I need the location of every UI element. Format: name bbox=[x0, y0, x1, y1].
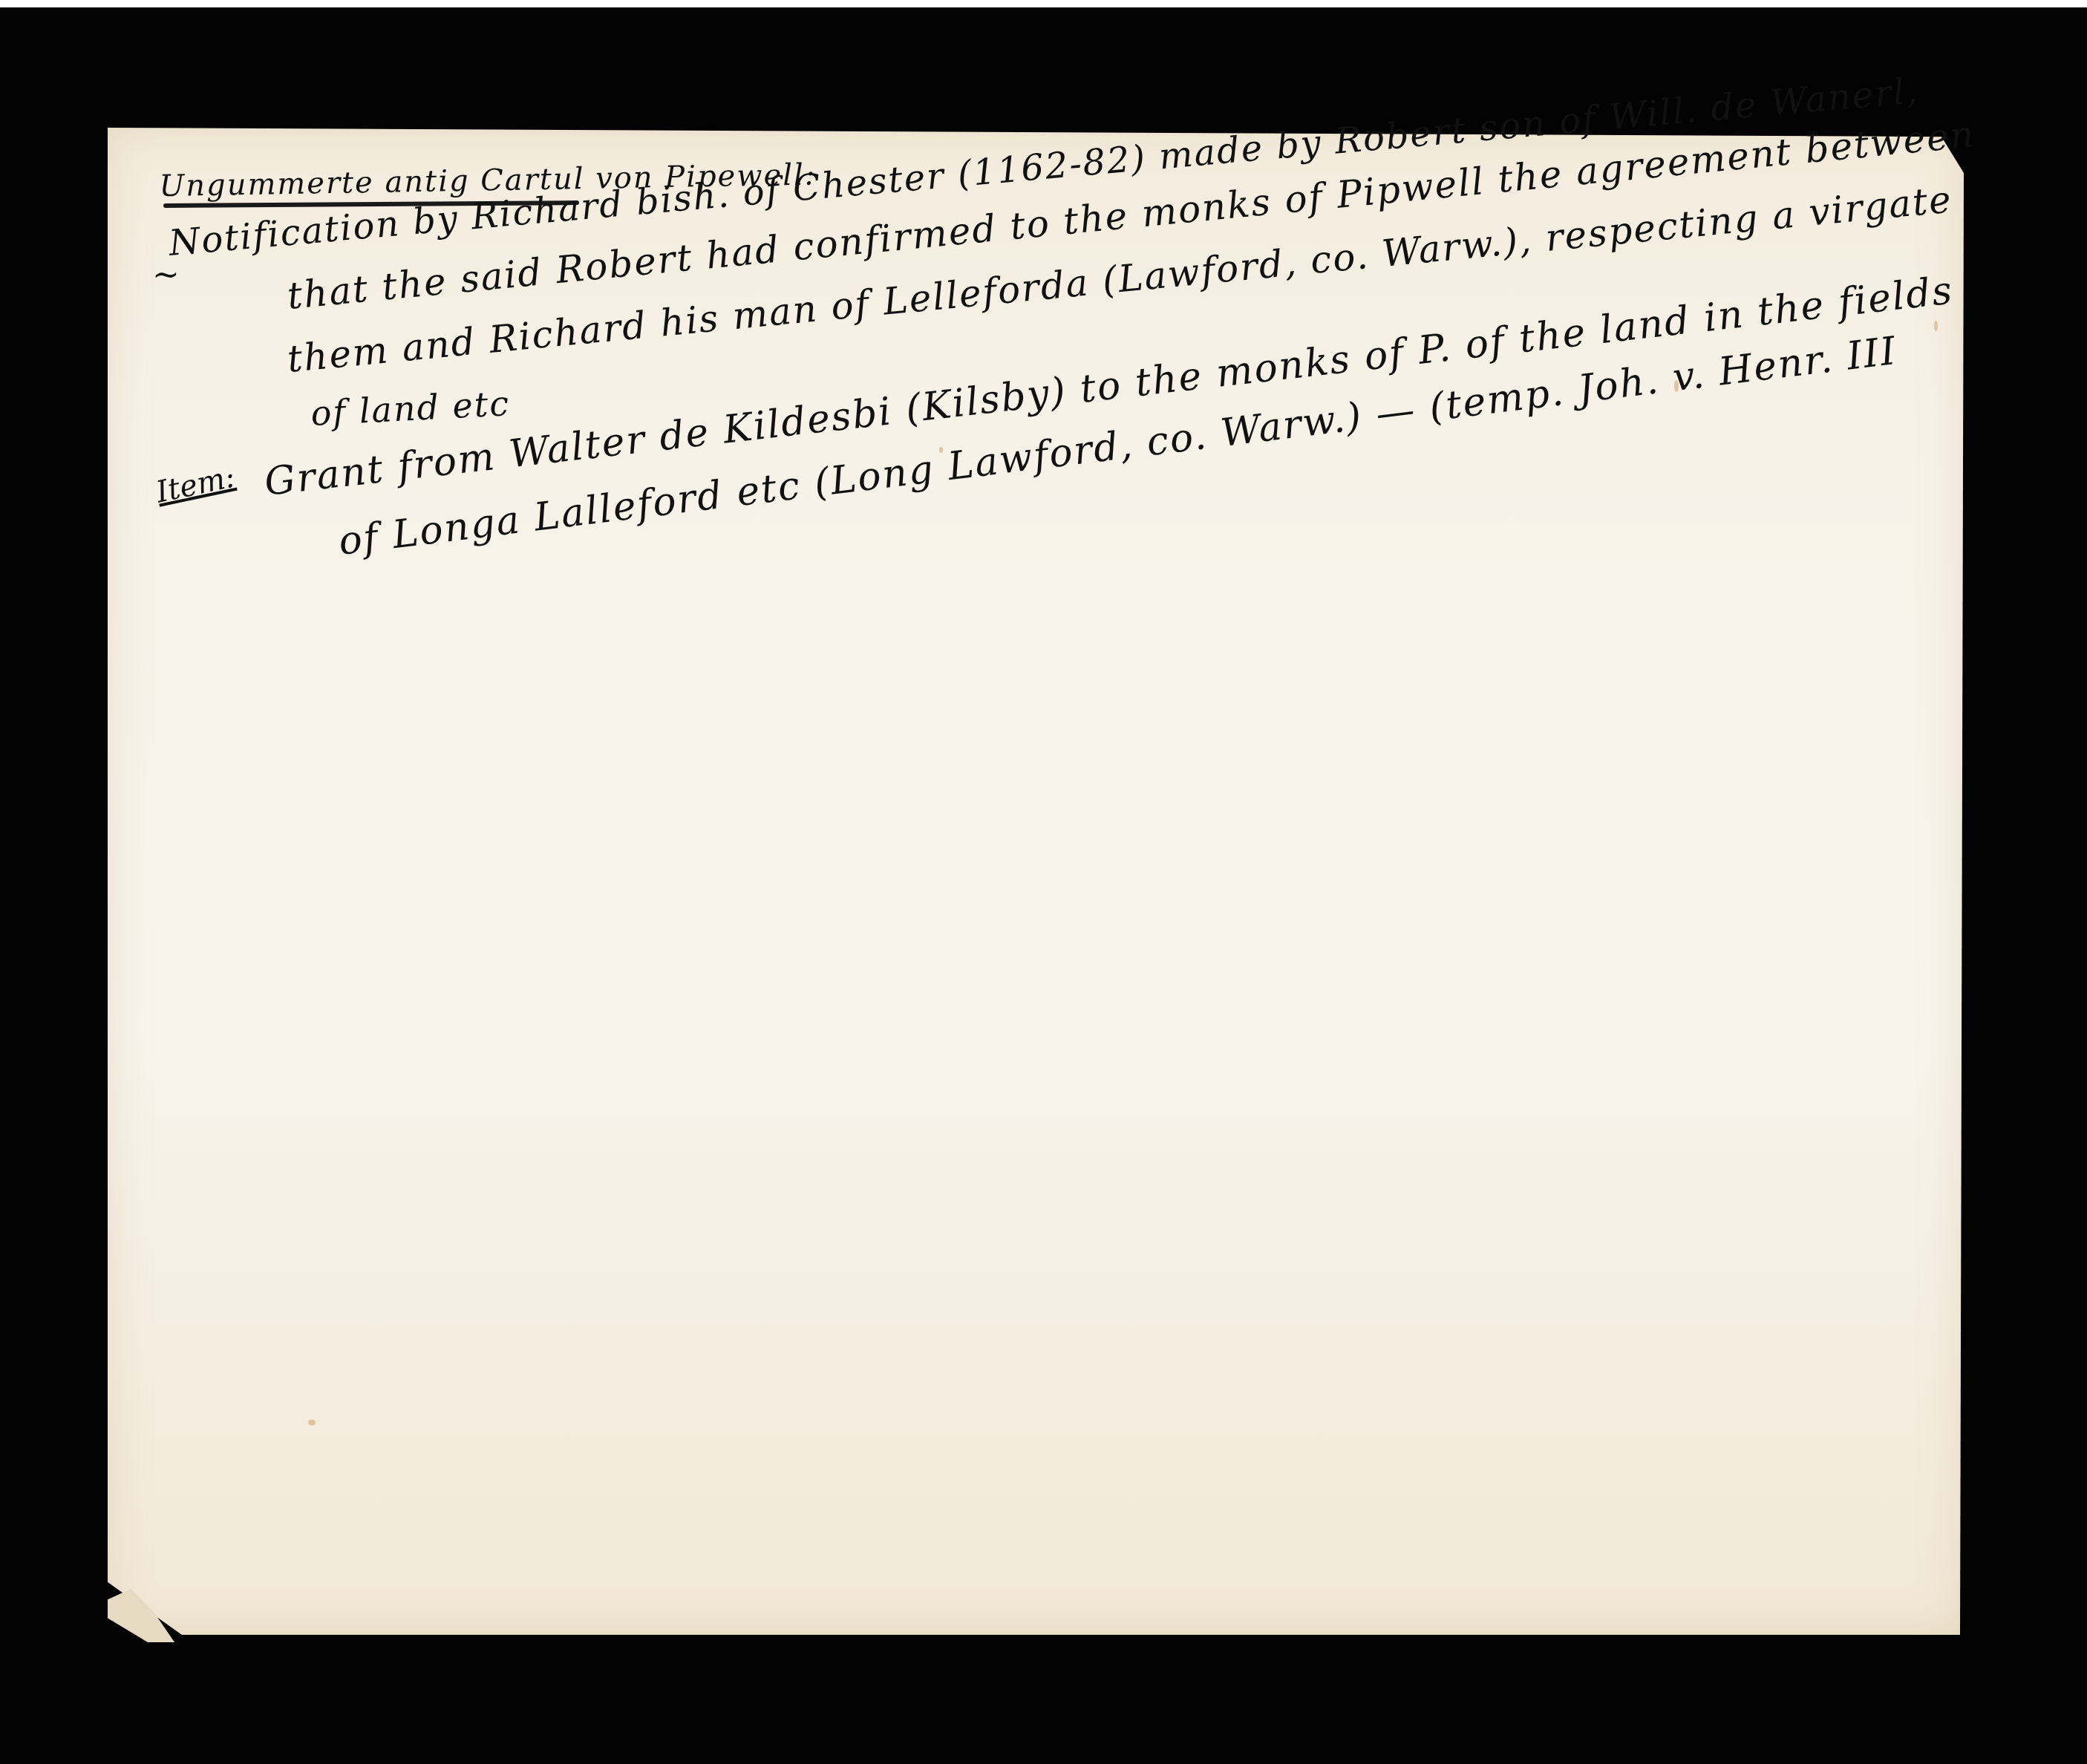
foxing-stain bbox=[1934, 321, 1938, 331]
foxing-stain bbox=[308, 1420, 316, 1425]
